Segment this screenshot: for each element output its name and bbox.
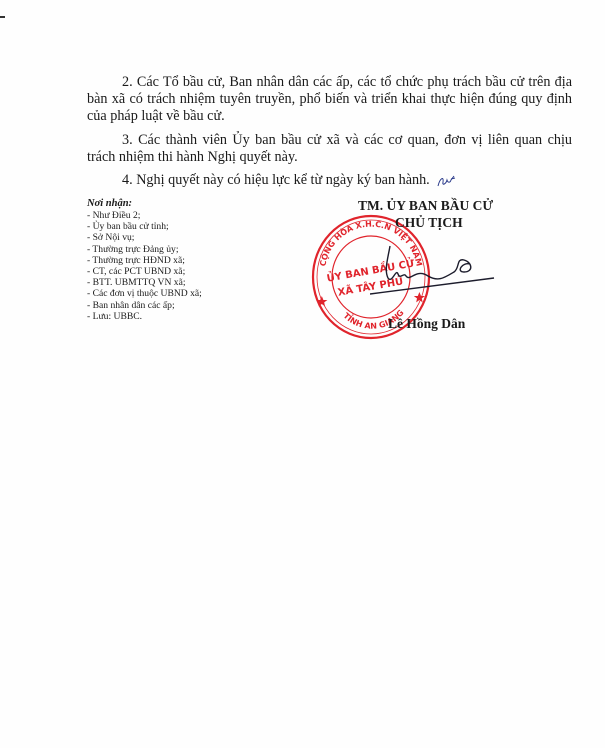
recipient-item: - Các đơn vị thuộc UBND xã; (87, 288, 202, 299)
article-4-line-1: 4. Nghị quyết này có hiệu lực kể từ ngày… (87, 172, 430, 189)
signer-name: Lê Hồng Dân (388, 316, 465, 332)
recipient-item: - Lưu: UBBC. (87, 311, 202, 322)
initial-mark-icon (436, 174, 456, 188)
recipient-item: - Thường trực Đảng ủy; (87, 244, 202, 255)
article-2-paragraph: 2. Các Tổ bầu cử, Ban nhân dân các ấp, c… (87, 74, 572, 125)
recipient-item: - Ủy ban bầu cử tỉnh; (87, 221, 202, 232)
scan-artifact (0, 16, 5, 18)
recipients-heading: Nơi nhận: (87, 198, 202, 210)
article-3-paragraph: 3. Các thành viên Ủy ban bầu cử xã và cá… (87, 132, 572, 166)
recipient-item: - BTT. UBMTTQ VN xã; (87, 277, 202, 288)
recipient-item: - Thường trực HĐND xã; (87, 255, 202, 266)
recipient-item: - Như Điều 2; (87, 210, 202, 221)
article-2-line-1: 2. Các Tổ bầu cử, Ban nhân dân các ấp, c… (87, 74, 572, 91)
article-4-paragraph: 4. Nghị quyết này có hiệu lực kể từ ngày… (87, 172, 572, 189)
recipient-item: - Sở Nội vụ; (87, 232, 202, 243)
recipient-item: - CT, các PCT UBND xã; (87, 266, 202, 277)
signature-title-line-2: CHỦ TỊCH (395, 215, 463, 231)
handwritten-signature-icon (370, 238, 500, 298)
article-3-line-2: trách nhiệm thi hành Nghị quyết này. (87, 149, 572, 166)
recipient-item: - Ban nhân dân các ấp; (87, 300, 202, 311)
recipients-list: Nơi nhận: - Như Điều 2; - Ủy ban bầu cử … (87, 198, 202, 322)
article-2-line-3: của pháp luật về bầu cử. (87, 108, 572, 125)
signature-title-line-1: TM. ỦY BAN BẦU CỬ (358, 198, 493, 214)
article-2-line-2: bàn xã có trách nhiệm tuyên truyền, phổ … (87, 91, 572, 108)
article-3-line-1: 3. Các thành viên Ủy ban bầu cử xã và cá… (87, 132, 572, 149)
document-page: 2. Các Tổ bầu cử, Ban nhân dân các ấp, c… (0, 0, 605, 748)
